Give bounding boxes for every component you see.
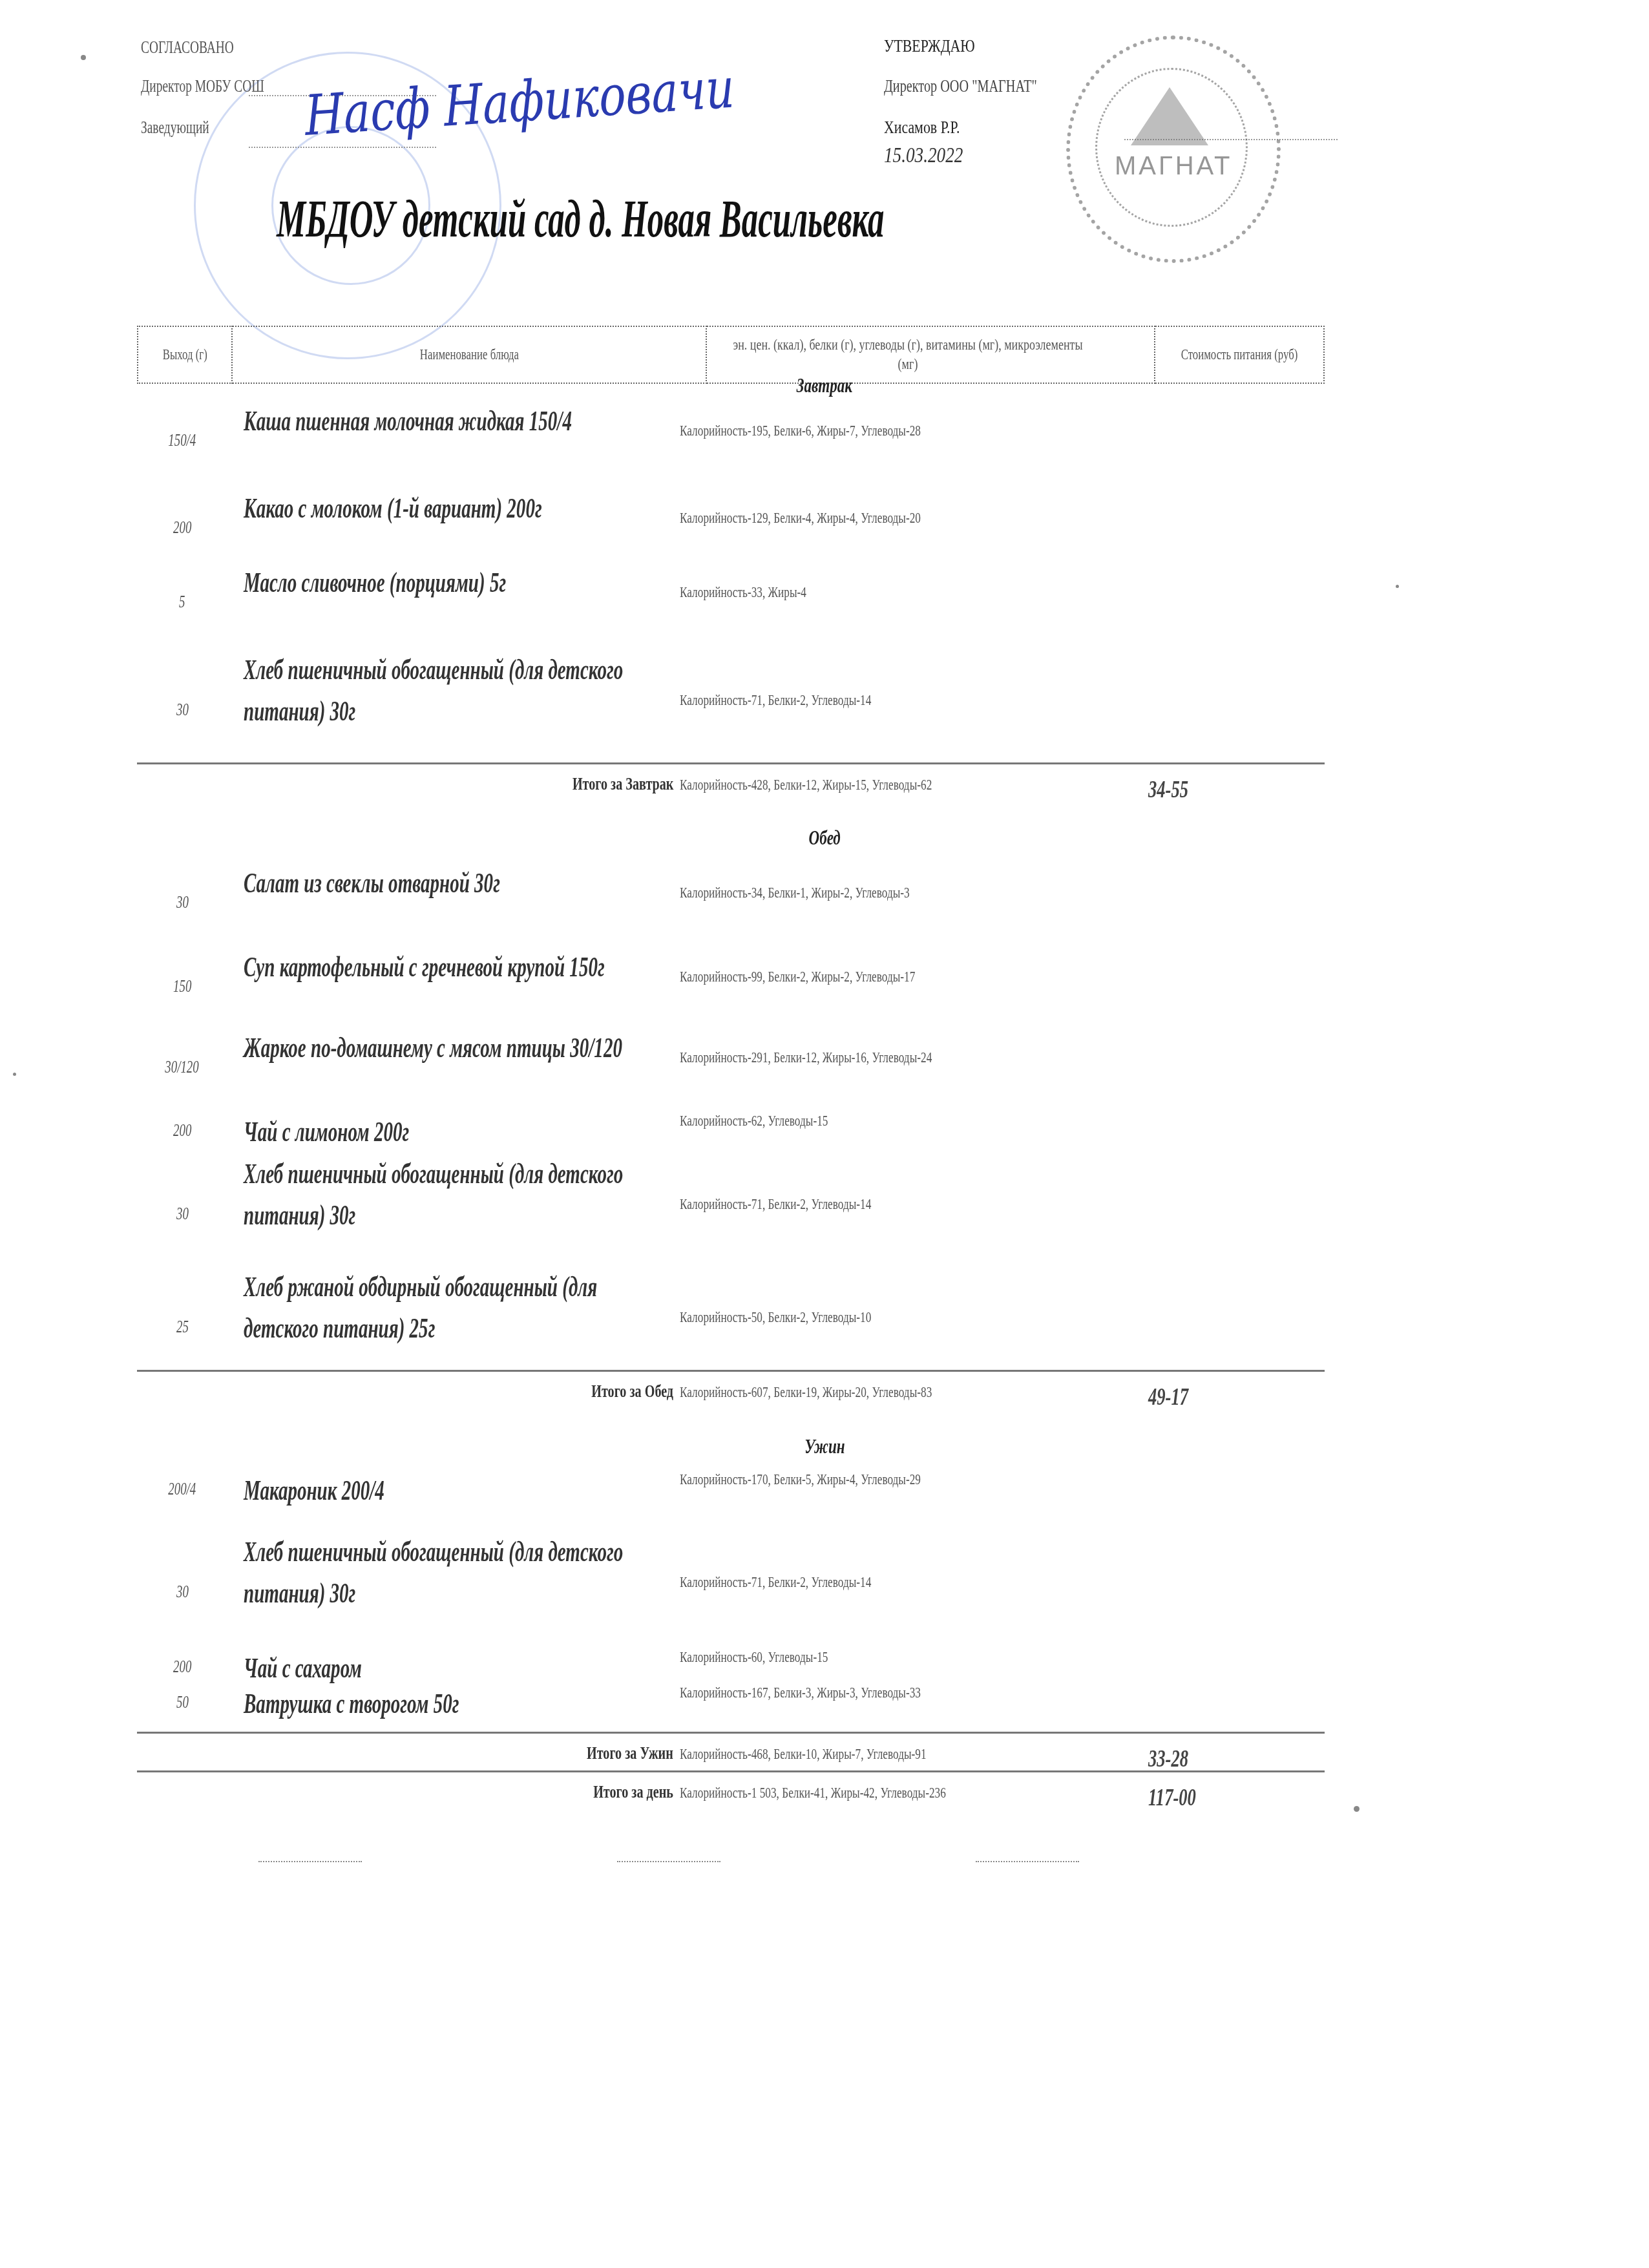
item-yield: 200: [137, 1120, 227, 1140]
total-cost: 34-55: [1148, 775, 1310, 804]
scan-speck: [1354, 1806, 1360, 1812]
menu-item-row: 200Какао с молоком (1-й вариант) 200гКал…: [137, 488, 1325, 571]
day-total-separator: [137, 1770, 1325, 1772]
item-dish-name: Суп картофельный с гречневой крупой 150г: [244, 947, 657, 988]
item-nutrition: Калорийность-50, Белки-2, Углеводы-10: [680, 1307, 1042, 1328]
menu-item-row: 150/4Каша пшенная молочная жидкая 150/4К…: [137, 401, 1325, 483]
day-total-label: Итого за день: [460, 1782, 673, 1803]
item-yield: 150: [137, 976, 227, 996]
item-yield: 5: [137, 592, 227, 612]
total-cost: 49-17: [1148, 1383, 1310, 1411]
item-nutrition: Калорийность-71, Белки-2, Углеводы-14: [680, 1193, 1042, 1215]
scan-speck: [13, 1073, 16, 1076]
menu-item-row: 150 Суп картофельный с гречневой крупой …: [137, 947, 1325, 1029]
total-label: Итого за Ужин: [460, 1743, 673, 1764]
item-dish-name: Каша пшенная молочная жидкая 150/4: [244, 401, 657, 442]
day-total-cost: 117-00: [1148, 1783, 1310, 1812]
section-separator: [137, 762, 1325, 764]
item-nutrition: Калорийность-129, Белки-4, Жиры-4, Углев…: [680, 507, 1042, 529]
position2-label: Заведующий: [141, 118, 236, 138]
day-total-row: Итого за деньКалорийность-1 503, Белки-4…: [137, 1782, 1325, 1827]
item-yield: 200/4: [137, 1479, 227, 1499]
item-yield: 200: [137, 518, 227, 538]
section-heading: Обед: [0, 826, 1649, 850]
section-heading: Ужин: [0, 1434, 1649, 1458]
menu-item-row: 30/120Жаркое по-домашнему с мясом птицы …: [137, 1027, 1325, 1110]
item-nutrition: Калорийность-99, Белки-2, Жиры-2, Углево…: [680, 966, 1042, 988]
stamp-mountain-icon: [1131, 87, 1208, 145]
approved-label: УТВЕРЖДАЮ: [884, 36, 1000, 57]
handwritten-signature: Насф Нафиковачи: [304, 84, 841, 149]
section-total-row: Итого за ЗавтракКалорийность-428, Белки-…: [137, 774, 1325, 819]
day-total-nutrition: Калорийность-1 503, Белки-41, Жиры-42, У…: [680, 1782, 1042, 1804]
item-dish-name: Ватрушка с творогом 50г: [244, 1683, 657, 1725]
menu-item-row: 30Салат из свеклы отварной 30гКалорийнос…: [137, 863, 1325, 945]
item-dish-name: Какао с молоком (1-й вариант) 200г: [244, 488, 657, 529]
item-yield: 30: [137, 700, 227, 720]
item-nutrition: Калорийность-60, Углеводы-15: [680, 1646, 1042, 1668]
approval-date: 15.03.2022: [884, 143, 983, 168]
item-dish-name: Хлеб пшеничный обогащенный (для детского…: [244, 1153, 657, 1236]
footer-sign-line-1: [258, 1861, 362, 1862]
item-yield: 150/4: [137, 430, 227, 450]
item-yield: 30: [137, 1204, 227, 1224]
total-label: Итого за Завтрак: [460, 774, 673, 795]
item-nutrition: Калорийность-71, Белки-2, Углеводы-14: [680, 689, 1042, 711]
footer-sign-line-3: [976, 1861, 1079, 1862]
scan-speck: [81, 55, 86, 60]
item-dish-name: Хлеб пшеничный обогащенный (для детского…: [244, 649, 657, 732]
item-nutrition: Калорийность-167, Белки-3, Жиры-3, Углев…: [680, 1682, 1042, 1704]
item-nutrition: Калорийность-291, Белки-12, Жиры-16, Угл…: [680, 1047, 1042, 1069]
item-dish-name: Хлеб ржаной обдирный обогащенный (для де…: [244, 1266, 657, 1349]
scan-speck: [1396, 585, 1399, 588]
item-yield: 200: [137, 1657, 227, 1677]
item-nutrition: Калорийность-71, Белки-2, Углеводы-14: [680, 1571, 1042, 1593]
menu-item-row: 30Хлеб пшеничный обогащенный (для детско…: [137, 1153, 1325, 1277]
total-nutrition: Калорийность-468, Белки-10, Жиры-7, Угле…: [680, 1743, 1042, 1765]
item-nutrition: Калорийность-33, Жиры-4: [680, 582, 1042, 604]
footer-sign-line-2: [617, 1861, 720, 1862]
total-cost: 33-28: [1148, 1745, 1310, 1773]
item-dish-name: Макароник 200/4: [244, 1470, 657, 1511]
item-yield: 50: [137, 1692, 227, 1712]
item-nutrition: Калорийность-195, Белки-6, Жиры-7, Углев…: [680, 420, 1042, 442]
item-nutrition: Калорийность-62, Углеводы-15: [680, 1110, 1042, 1132]
menu-item-row: 200Чай с лимоном 200гКалорийность-62, Уг…: [137, 1111, 1325, 1153]
menu-item-row: 30Хлеб пшеничный обогащенный (для детско…: [137, 649, 1325, 773]
item-dish-name: Салат из свеклы отварной 30г: [244, 863, 657, 904]
agreed-label: СОГЛАСОВАНО: [141, 37, 270, 58]
item-dish-name: Жаркое по-домашнему с мясом птицы 30/120: [244, 1027, 657, 1069]
approver-name: Хисамов Р.Р.: [884, 118, 982, 138]
item-nutrition: Калорийность-34, Белки-1, Жиры-2, Углево…: [680, 882, 1042, 904]
item-dish-name: Масло сливочное (порциями) 5г: [244, 562, 657, 604]
section-separator: [137, 1732, 1325, 1734]
total-nutrition: Калорийность-428, Белки-12, Жиры-15, Угл…: [680, 774, 1042, 796]
item-yield: 30/120: [137, 1057, 227, 1077]
item-nutrition: Калорийность-170, Белки-5, Жиры-4, Углев…: [680, 1469, 1042, 1491]
item-yield: 30: [137, 1582, 227, 1602]
stamp-text: МАГНАТ: [1115, 152, 1233, 181]
total-label: Итого за Обед: [460, 1381, 673, 1402]
position1-label: Директор МОБУ СОШ: [141, 76, 312, 96]
page-title: МБДОУ детский сад д. Новая Васильевка: [277, 189, 1257, 249]
menu-item-row: 30Хлеб пшеничный обогащенный (для детско…: [137, 1531, 1325, 1655]
item-yield: 25: [137, 1317, 227, 1337]
approver-position: Директор ООО "МАГНАТ": [884, 76, 1088, 96]
menu-item-row: 5Масло сливочное (порциями) 5гКалорийнос…: [137, 562, 1325, 645]
item-yield: 30: [137, 892, 227, 912]
item-dish-name: Хлеб пшеничный обогащенный (для детского…: [244, 1531, 657, 1614]
menu-item-row: 200/4Макароник 200/4Калорийность-170, Бе…: [137, 1470, 1325, 1511]
menu-item-row: 25Хлеб ржаной обдирный обогащенный (для …: [137, 1266, 1325, 1391]
item-dish-name: Чай с лимоном 200г: [244, 1111, 657, 1153]
section-heading: Завтрак: [0, 373, 1649, 397]
menu-item-row: 50Ватрушка с творогом 50гКалорийность-16…: [137, 1683, 1325, 1725]
section-separator: [137, 1370, 1325, 1372]
section-total-row: Итого за ОбедКалорийность-607, Белки-19,…: [137, 1381, 1325, 1427]
total-nutrition: Калорийность-607, Белки-19, Жиры-20, Угл…: [680, 1381, 1042, 1403]
